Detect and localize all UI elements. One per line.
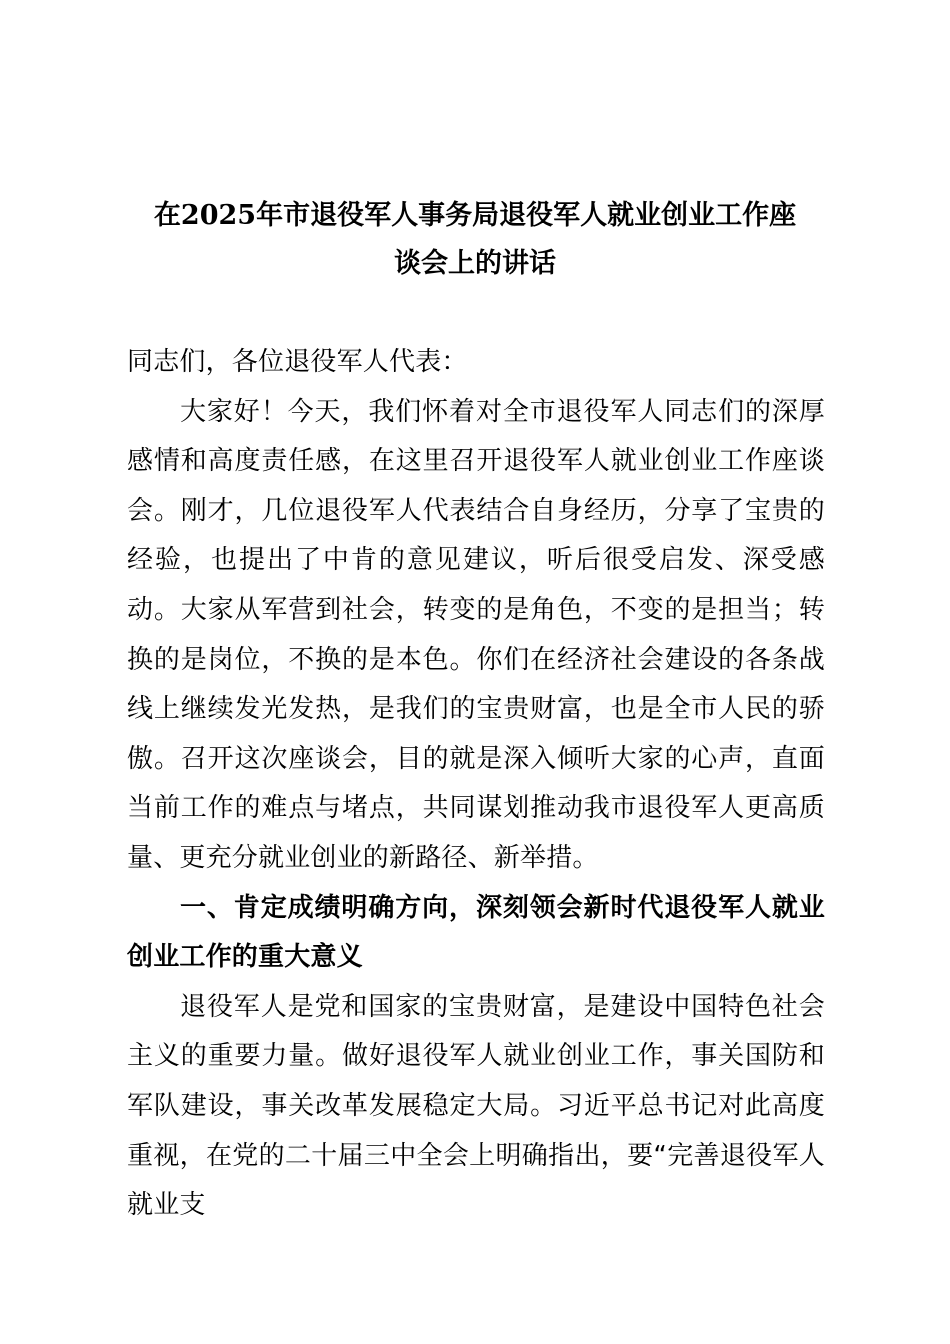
- title-line-2: 谈会上的讲话: [127, 240, 823, 288]
- document-title: 在2025年市退役军人事务局退役军人就业创业工作座 谈会上的讲话: [127, 192, 823, 288]
- title-line-1: 在2025年市退役军人事务局退役军人就业创业工作座: [127, 192, 823, 240]
- section-heading-1: 一、肯定成绩明确方向，深刻领会新时代退役军人就业创业工作的重大意义: [127, 884, 825, 983]
- salutation: 同志们，各位退役军人代表：: [127, 338, 825, 388]
- document-page: 在2025年市退役军人事务局退役军人就业创业工作座 谈会上的讲话 同志们，各位退…: [0, 0, 950, 1344]
- section-1-paragraph: 退役军人是党和国家的宝贵财富，是建设中国特色社会主义的重要力量。做好退役军人就业…: [127, 983, 825, 1231]
- opening-paragraph: 大家好！今天，我们怀着对全市退役军人同志们的深厚感情和高度责任感，在这里召开退役…: [127, 388, 825, 884]
- document-body: 同志们，各位退役军人代表： 大家好！今天，我们怀着对全市退役军人同志们的深厚感情…: [127, 338, 825, 1231]
